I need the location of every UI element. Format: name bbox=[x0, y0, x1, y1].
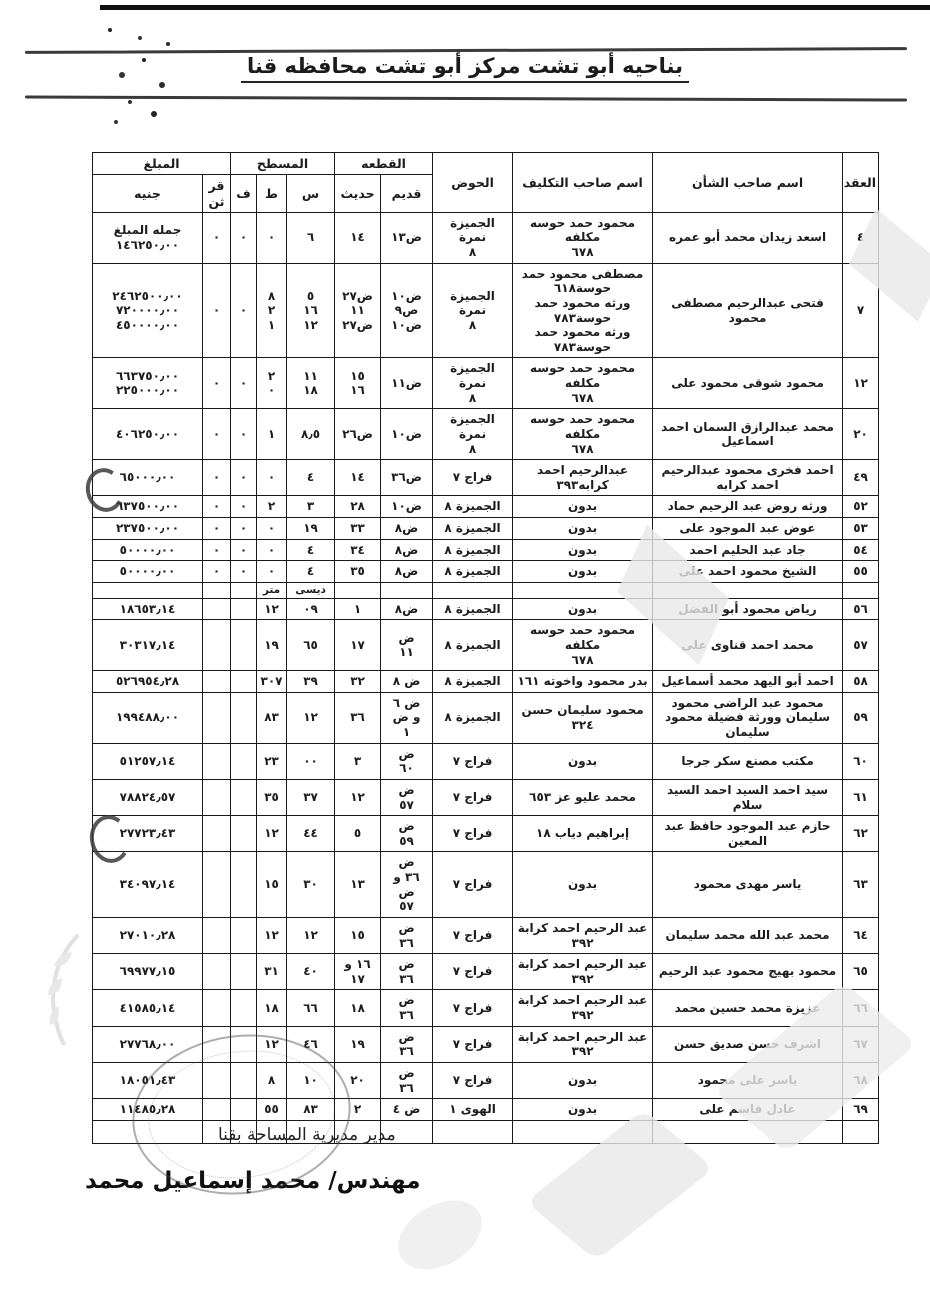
basin-cell: الهوى ١ bbox=[433, 1099, 513, 1121]
plot-old-cell: ض١٠ ص٩ ض١٠ bbox=[381, 263, 433, 358]
area-sahm-cell: ٤٤ bbox=[287, 816, 335, 852]
header-owner: اسم صاحب الشأن bbox=[653, 153, 843, 213]
assignee-name-cell: محمود حمد حوسه مكلفه ٦٧٨ bbox=[513, 620, 653, 671]
assignee-name-cell: عبد الرحيم احمد كرابة ٣٩٢ bbox=[513, 917, 653, 953]
plot-old-cell: ض١٣ bbox=[381, 212, 433, 263]
assignee-name-cell: مصطفى محمود حمد حوسة٦١٨ ورثه محمود حمد ح… bbox=[513, 263, 653, 358]
plot-old-cell: ض ٦٠ bbox=[381, 743, 433, 779]
title-rule-bottom bbox=[25, 95, 907, 101]
owner-name-cell: محمد عبد الله محمد سليمان bbox=[653, 917, 843, 953]
piaster-cell bbox=[203, 990, 231, 1026]
area-qirat-cell: ١٢ bbox=[257, 917, 287, 953]
amount-cell: ٤١٥٨٥٫١٤ bbox=[93, 990, 203, 1026]
amount-cell: ١٨٦٥٣٫١٤ bbox=[93, 598, 203, 620]
plot-old-cell: ض ٣٦ bbox=[381, 990, 433, 1026]
contract-no-cell: ٦٣ bbox=[843, 852, 879, 918]
header-amount-unit: جنيه bbox=[93, 175, 203, 213]
amount-cell: ٦٩٩٧٧٫١٥ bbox=[93, 954, 203, 990]
basin-cell: الجميزة ٨ bbox=[433, 518, 513, 540]
piaster-cell bbox=[203, 917, 231, 953]
table-row: ٦١ سيد احمد السيد احمد السيد سلام محمد ع… bbox=[93, 779, 879, 815]
plot-old-cell: ض٨ bbox=[381, 561, 433, 583]
area-feddan-cell bbox=[231, 816, 257, 852]
contract-no-cell: ٥٥ bbox=[843, 561, 879, 583]
table-row: ٥٧ محمد احمد قناوى على محمود حمد حوسه مك… bbox=[93, 620, 879, 671]
contract-no-cell: ٢٠ bbox=[843, 409, 879, 460]
amount-cell: ١٩٩٤٨٨٫٠٠ bbox=[93, 692, 203, 743]
owner-name-cell: فتحى عبدالرحيم مصطفى محمود bbox=[653, 263, 843, 358]
basin-cell: فراج ٧ bbox=[433, 1026, 513, 1062]
area-sahm-cell: ٤ bbox=[287, 460, 335, 496]
amount-cell: ٥١٢٥٧٫١٤ bbox=[93, 743, 203, 779]
laurel-watermark bbox=[38, 930, 90, 1050]
contract-no-cell: ٦٤ bbox=[843, 917, 879, 953]
piaster-cell bbox=[203, 692, 231, 743]
contract-no-cell: ٦٠ bbox=[843, 743, 879, 779]
contract-no-cell: ٥٢ bbox=[843, 496, 879, 518]
round-stamp-inner bbox=[141, 1040, 342, 1189]
area-qirat-cell: ٠ bbox=[257, 518, 287, 540]
area-qirat-cell: ٨ ٢ ١ bbox=[257, 263, 287, 358]
area-sahm-cell: ٦٦ bbox=[287, 990, 335, 1026]
header-area-sahm: س bbox=[287, 175, 335, 213]
table-row: ٥٤ جاد عبد الحليم احمد بدون الجميزة ٨ ض٨… bbox=[93, 539, 879, 561]
plot-new-cell: ض٢٦ bbox=[335, 409, 381, 460]
basin-cell bbox=[433, 1120, 513, 1143]
plot-new-cell: ض٢٧ ١١ ض٢٧ bbox=[335, 263, 381, 358]
owner-name-cell: حازم عبد الموجود حافظ عبد المعين bbox=[653, 816, 843, 852]
plot-old-cell: ض ٥٩ bbox=[381, 816, 433, 852]
amount-cell bbox=[93, 582, 203, 598]
assignee-name-cell: محمود حمد حوسه مكلفه ٦٧٨ bbox=[513, 358, 653, 409]
basin-cell: فراج ٧ bbox=[433, 743, 513, 779]
plot-old-cell: ض ٨ bbox=[381, 671, 433, 693]
basin-cell: الجميزة ٨ bbox=[433, 496, 513, 518]
scan-speckles bbox=[108, 28, 112, 32]
header-assignee: اسم صاحب التكليف bbox=[513, 153, 653, 213]
area-qirat-cell: ١٨ bbox=[257, 990, 287, 1026]
table-row: ٥٨ احمد أبو اليهد محمد أسماعيل بدر محمود… bbox=[93, 671, 879, 693]
assignee-name-cell: إبراهيم دياب ١٨ bbox=[513, 816, 653, 852]
area-qirat-cell: ٢٣ bbox=[257, 743, 287, 779]
area-feddan-cell bbox=[231, 582, 257, 598]
basin-cell: الجميزة نمرة ٨ bbox=[433, 358, 513, 409]
area-sahm-cell: ٣٩ bbox=[287, 671, 335, 693]
basin-cell: الجميزة ٨ bbox=[433, 598, 513, 620]
assignee-name-cell: محمود حمد حوسه مكلفه ٦٧٨ bbox=[513, 409, 653, 460]
piaster-cell bbox=[203, 598, 231, 620]
piaster-cell bbox=[203, 620, 231, 671]
basin-cell: الجميزة نمرة ٨ bbox=[433, 212, 513, 263]
area-qirat-cell: متر bbox=[257, 582, 287, 598]
plot-old-cell: ض ٣٦ bbox=[381, 954, 433, 990]
owner-name-cell: محمود شوقى محمود على bbox=[653, 358, 843, 409]
scanned-document-page: بناحيه أبو تشت مركز أبو تشت محافظه قنا ا… bbox=[0, 0, 930, 1296]
area-sahm-cell: ٤٠ bbox=[287, 954, 335, 990]
area-sahm-cell: ١٢ bbox=[287, 917, 335, 953]
owner-name-cell: مكتب مصنع سكر جرجا bbox=[653, 743, 843, 779]
assignee-name-cell: عبد الرحيم احمد كرابة ٣٩٢ bbox=[513, 954, 653, 990]
table-row: ٦٥ محمود بهيج محمود عبد الرحيم عبد الرحي… bbox=[93, 954, 879, 990]
contract-no-cell: ٦٢ bbox=[843, 816, 879, 852]
plot-new-cell: ٣٤ bbox=[335, 539, 381, 561]
amount-cell: ٢٣٧٥٠٠٫٠٠ bbox=[93, 518, 203, 540]
contract-no-cell: ٥٣ bbox=[843, 518, 879, 540]
plot-old-cell bbox=[381, 582, 433, 598]
area-sahm-cell: ٦ bbox=[287, 212, 335, 263]
assignee-name-cell: بدر محمود واخوته ١٦١ bbox=[513, 671, 653, 693]
plot-old-cell: ض ٥٧ bbox=[381, 779, 433, 815]
area-sahm-cell: ١٢ bbox=[287, 692, 335, 743]
area-qirat-cell: ١٩ bbox=[257, 620, 287, 671]
plot-new-cell bbox=[335, 582, 381, 598]
area-sahm-cell: ٥ ١٦ ١٢ bbox=[287, 263, 335, 358]
area-feddan-cell bbox=[231, 620, 257, 671]
plot-new-cell: ٣٥ bbox=[335, 561, 381, 583]
table-row: ٥٢ ورثه روض عبد الرحيم حماد بدون الجميزة… bbox=[93, 496, 879, 518]
amount-cell: جمله المبلغ ١٤٦٢٥٠٫٠٠ bbox=[93, 212, 203, 263]
area-sahm-cell: ديسى bbox=[287, 582, 335, 598]
area-feddan-cell: ٠ bbox=[231, 212, 257, 263]
basin-cell: فراج ٧ bbox=[433, 917, 513, 953]
plot-new-cell: ١٧ bbox=[335, 620, 381, 671]
table-row: ٦٢ حازم عبد الموجود حافظ عبد المعين إبرا… bbox=[93, 816, 879, 852]
basin-cell: الجميزة ٨ bbox=[433, 539, 513, 561]
plot-old-cell: ض ٣٦ bbox=[381, 917, 433, 953]
basin-cell: فراج ٧ bbox=[433, 779, 513, 815]
plot-new-cell: ١٥ ١٦ bbox=[335, 358, 381, 409]
assignee-name-cell: محمود سليمان حسن ٣٢٤ bbox=[513, 692, 653, 743]
contract-no-cell: ٦٩ bbox=[843, 1099, 879, 1121]
area-feddan-cell: ٠ bbox=[231, 518, 257, 540]
contract-no-cell: ١٢ bbox=[843, 358, 879, 409]
piaster-cell: ٠ bbox=[203, 409, 231, 460]
amount-cell: ٢٧٠١٠٫٢٨ bbox=[93, 917, 203, 953]
plot-old-cell: ض٨ bbox=[381, 539, 433, 561]
amount-cell: ٥٠٠٠٠٫٠٠ bbox=[93, 539, 203, 561]
top-scan-bar bbox=[100, 5, 930, 10]
owner-name-cell: ورثه روض عبد الرحيم حماد bbox=[653, 496, 843, 518]
header-area-feddan: ف bbox=[231, 175, 257, 213]
table-row: ديسى متر bbox=[93, 582, 879, 598]
plot-new-cell: ٢٨ bbox=[335, 496, 381, 518]
assignee-name-cell: عبد الرحيم احمد كرابة ٣٩٢ bbox=[513, 990, 653, 1026]
table-row: ٤٩ احمد فخرى محمود عبدالرحيم احمد كرابه … bbox=[93, 460, 879, 496]
plot-old-cell: ض ١١ bbox=[381, 620, 433, 671]
area-sahm-cell: ٨٫٥ bbox=[287, 409, 335, 460]
plot-new-cell: ٣٣ bbox=[335, 518, 381, 540]
area-feddan-cell: ٠ bbox=[231, 561, 257, 583]
basin-cell: فراج ٧ bbox=[433, 460, 513, 496]
piaster-cell bbox=[203, 671, 231, 693]
plot-old-cell: ض ٦ و ض ١ bbox=[381, 692, 433, 743]
plot-old-cell: ض١١ bbox=[381, 358, 433, 409]
owner-name-cell: احمد أبو اليهد محمد أسماعيل bbox=[653, 671, 843, 693]
basin-cell: الجميزة ٨ bbox=[433, 671, 513, 693]
plot-old-cell: ض٣٦ bbox=[381, 460, 433, 496]
owner-name-cell: سيد احمد السيد احمد السيد سلام bbox=[653, 779, 843, 815]
area-qirat-cell: ٣٠٧ bbox=[257, 671, 287, 693]
owner-name-cell: محمود عبد الراضى محمود سليمان وورثة فضيل… bbox=[653, 692, 843, 743]
area-feddan-cell: ٠ bbox=[231, 496, 257, 518]
table-row: ٥٦ رياض محمود أبو الفضل بدون الجميزة ٨ ض… bbox=[93, 598, 879, 620]
plot-new-cell: ١٨ bbox=[335, 990, 381, 1026]
contract-no-cell: ٥٨ bbox=[843, 671, 879, 693]
area-qirat-cell: ١٢ bbox=[257, 598, 287, 620]
piaster-cell bbox=[203, 816, 231, 852]
basin-cell: فراج ٧ bbox=[433, 852, 513, 918]
area-feddan-cell: ٠ bbox=[231, 539, 257, 561]
area-qirat-cell: ٢ ٠ bbox=[257, 358, 287, 409]
amount-cell: ٧٨٨٢٤٫٥٧ bbox=[93, 779, 203, 815]
area-feddan-cell bbox=[231, 671, 257, 693]
area-sahm-cell: ٣٧ bbox=[287, 779, 335, 815]
plot-new-cell: ١ bbox=[335, 598, 381, 620]
header-plot-group: القطعه bbox=[335, 153, 433, 175]
table-row: ٦٤ محمد عبد الله محمد سليمان عبد الرحيم … bbox=[93, 917, 879, 953]
area-sahm-cell: ٤ bbox=[287, 539, 335, 561]
assignee-name-cell: محمد عليو عز ٦٥٣ bbox=[513, 779, 653, 815]
area-qirat-cell: ١ bbox=[257, 409, 287, 460]
area-qirat-cell: ١٥ bbox=[257, 852, 287, 918]
area-sahm-cell: ٠٩ bbox=[287, 598, 335, 620]
plot-new-cell: ١٦ و ١٧ bbox=[335, 954, 381, 990]
table-row: ٧ فتحى عبدالرحيم مصطفى محمود مصطفى محمود… bbox=[93, 263, 879, 358]
plot-new-cell: ٣٢ bbox=[335, 671, 381, 693]
area-qirat-cell: ٨٣ bbox=[257, 692, 287, 743]
header-piaster: قر ثن bbox=[203, 175, 231, 213]
survey-table: العقد اسم صاحب الشأن اسم صاحب التكليف ال… bbox=[92, 152, 879, 1144]
piaster-cell bbox=[203, 582, 231, 598]
header-area-group: المسطح bbox=[231, 153, 335, 175]
area-qirat-cell: ٠ bbox=[257, 561, 287, 583]
plot-old-cell: ض ٤ bbox=[381, 1099, 433, 1121]
area-sahm-cell: ١١ ١٨ bbox=[287, 358, 335, 409]
basin-cell: الجميزة ٨ bbox=[433, 561, 513, 583]
area-feddan-cell: ٠ bbox=[231, 263, 257, 358]
amount-cell: ٦٦٣٧٥٠٫٠٠ ٢٢٥٠٠٠٫٠٠ bbox=[93, 358, 203, 409]
header-plot-new: حديث bbox=[335, 175, 381, 213]
area-feddan-cell bbox=[231, 917, 257, 953]
owner-name-cell: عوض عبد الموجود على bbox=[653, 518, 843, 540]
piaster-cell: ٠ bbox=[203, 518, 231, 540]
contract-no-cell: ٥٤ bbox=[843, 539, 879, 561]
plot-new-cell: ١٤ bbox=[335, 212, 381, 263]
header-plot-old: قديم bbox=[381, 175, 433, 213]
basin-cell: فراج ٧ bbox=[433, 990, 513, 1026]
plot-old-cell: ض١٠ bbox=[381, 409, 433, 460]
area-sahm-cell: ٤ bbox=[287, 561, 335, 583]
amount-cell: ٤٠٦٢٥٠٫٠٠ bbox=[93, 409, 203, 460]
contract-no-cell: ٥٦ bbox=[843, 598, 879, 620]
page-title-text: بناحيه أبو تشت مركز أبو تشت محافظه قنا bbox=[241, 54, 689, 83]
header-area-qirat: ط bbox=[257, 175, 287, 213]
plot-new-cell: ١٥ bbox=[335, 917, 381, 953]
plot-new-cell: ٣ bbox=[335, 743, 381, 779]
table-row: ٦٠ مكتب مصنع سكر جرجا بدون فراج ٧ ض ٦٠ ٣… bbox=[93, 743, 879, 779]
assignee-name-cell: بدون bbox=[513, 1099, 653, 1121]
area-qirat-cell: ١٢ bbox=[257, 816, 287, 852]
piaster-cell: ٠ bbox=[203, 263, 231, 358]
plot-new-cell: ١٣ bbox=[335, 852, 381, 918]
area-feddan-cell bbox=[231, 779, 257, 815]
plot-old-cell: ض ٣٦ و ض ٥٧ bbox=[381, 852, 433, 918]
area-feddan-cell bbox=[231, 852, 257, 918]
area-feddan-cell bbox=[231, 692, 257, 743]
assignee-name-cell: بدون bbox=[513, 1062, 653, 1098]
plot-old-cell: ض ٣٦ bbox=[381, 1062, 433, 1098]
basin-cell: الجميزة ٨ bbox=[433, 620, 513, 671]
basin-cell: فراج ٧ bbox=[433, 1062, 513, 1098]
plot-old-cell: ض٨ bbox=[381, 518, 433, 540]
area-qirat-cell: ٣١ bbox=[257, 954, 287, 990]
area-feddan-cell: ٠ bbox=[231, 460, 257, 496]
watermark-shape bbox=[386, 1187, 494, 1284]
plot-old-cell: ض٨ bbox=[381, 598, 433, 620]
area-sahm-cell: ٣ bbox=[287, 496, 335, 518]
piaster-cell: ٠ bbox=[203, 460, 231, 496]
table-row: ٤ اسعد زيدان محمد أبو عمره محمود حمد حوس… bbox=[93, 212, 879, 263]
owner-name-cell: احمد فخرى محمود عبدالرحيم احمد كرابه bbox=[653, 460, 843, 496]
contract-no-cell bbox=[843, 1120, 879, 1143]
piaster-cell bbox=[203, 852, 231, 918]
area-qirat-cell: ٠ bbox=[257, 212, 287, 263]
table-row: ٦٣ ياسر مهدى محمود بدون فراج ٧ ض ٣٦ و ض … bbox=[93, 852, 879, 918]
amount-cell: ٥٠٠٠٠٫٠٠ bbox=[93, 561, 203, 583]
contract-no-cell: ٦١ bbox=[843, 779, 879, 815]
piaster-cell bbox=[203, 954, 231, 990]
table-row: ٢٠ محمد عبدالرازق السمان احمد اسماعيل مح… bbox=[93, 409, 879, 460]
area-feddan-cell: ٠ bbox=[231, 409, 257, 460]
area-feddan-cell bbox=[231, 743, 257, 779]
plot-old-cell: ض ٣٦ bbox=[381, 1026, 433, 1062]
area-sahm-cell: ٠٠ bbox=[287, 743, 335, 779]
assignee-name-cell: عبد الرحيم احمد كرابة ٣٩٢ bbox=[513, 1026, 653, 1062]
assignee-name-cell: عبدالرحيم احمد كرابه٣٩٣ bbox=[513, 460, 653, 496]
amount-cell: ٣٠٣١٧٫١٤ bbox=[93, 620, 203, 671]
basin-cell: فراج ٧ bbox=[433, 954, 513, 990]
table-row: ٦٦ عزيزة محمد حسين محمد عبد الرحيم احمد … bbox=[93, 990, 879, 1026]
basin-cell: الجميزة نمرة ٨ bbox=[433, 409, 513, 460]
plot-new-cell: ١٤ bbox=[335, 460, 381, 496]
header-basin: الحوض bbox=[433, 153, 513, 213]
contract-no-cell: ٤٩ bbox=[843, 460, 879, 496]
table-row: ٥٣ عوض عبد الموجود على بدون الجميزة ٨ ض٨… bbox=[93, 518, 879, 540]
area-sahm-cell: ٣٠ bbox=[287, 852, 335, 918]
header-amount-group: المبلغ bbox=[93, 153, 231, 175]
area-feddan-cell bbox=[231, 954, 257, 990]
table-header: العقد اسم صاحب الشأن اسم صاحب التكليف ال… bbox=[93, 153, 879, 213]
area-feddan-cell bbox=[231, 598, 257, 620]
piaster-cell: ٠ bbox=[203, 212, 231, 263]
piaster-cell: ٠ bbox=[203, 561, 231, 583]
area-sahm-cell: ٦٥ bbox=[287, 620, 335, 671]
page-title: بناحيه أبو تشت مركز أبو تشت محافظه قنا bbox=[0, 54, 930, 83]
basin-cell: فراج ٧ bbox=[433, 816, 513, 852]
assignee-name-cell: محمود حمد حوسه مكلفه ٦٧٨ bbox=[513, 212, 653, 263]
piaster-cell: ٠ bbox=[203, 539, 231, 561]
area-qirat-cell: ٢ bbox=[257, 496, 287, 518]
owner-name-cell: اسعد زيدان محمد أبو عمره bbox=[653, 212, 843, 263]
assignee-name-cell: بدون bbox=[513, 518, 653, 540]
area-qirat-cell: ٠ bbox=[257, 539, 287, 561]
header-contract: العقد bbox=[843, 153, 879, 213]
plot-new-cell: ١٢ bbox=[335, 779, 381, 815]
piaster-cell bbox=[203, 779, 231, 815]
contract-no-cell: ٥٩ bbox=[843, 692, 879, 743]
title-rule-top bbox=[25, 47, 907, 54]
plot-new-cell: ٥ bbox=[335, 816, 381, 852]
plot-new-cell: ٣٦ bbox=[335, 692, 381, 743]
amount-cell: ٥٢٦٩٥٤٫٢٨ bbox=[93, 671, 203, 693]
piaster-cell bbox=[203, 743, 231, 779]
table-row: ١٢ محمود شوقى محمود على محمود حمد حوسه م… bbox=[93, 358, 879, 409]
plot-old-cell: ض١٠ bbox=[381, 496, 433, 518]
owner-name-cell: محمد عبدالرازق السمان احمد اسماعيل bbox=[653, 409, 843, 460]
basin-cell: الجميزة نمرة ٨ bbox=[433, 263, 513, 358]
table-row: ٥٥ الشيخ محمود احمد على بدون الجميزة ٨ ض… bbox=[93, 561, 879, 583]
area-feddan-cell bbox=[231, 990, 257, 1026]
area-qirat-cell: ٠ bbox=[257, 460, 287, 496]
amount-cell: ٢٤٦٢٥٠٠٫٠٠ ٧٢٠٠٠٠٫٠٠ ٤٥٠٠٠٠٫٠٠ bbox=[93, 263, 203, 358]
basin-cell: الجميزة ٨ bbox=[433, 692, 513, 743]
contract-no-cell: ٥٧ bbox=[843, 620, 879, 671]
assignee-name-cell: بدون bbox=[513, 496, 653, 518]
piaster-cell: ٠ bbox=[203, 496, 231, 518]
basin-cell bbox=[433, 582, 513, 598]
contract-no-cell bbox=[843, 582, 879, 598]
area-sahm-cell: ١٩ bbox=[287, 518, 335, 540]
table-body: ٤ اسعد زيدان محمد أبو عمره محمود حمد حوس… bbox=[93, 212, 879, 1143]
table-row: ٥٩ محمود عبد الراضى محمود سليمان وورثة ف… bbox=[93, 692, 879, 743]
owner-name-cell: ياسر مهدى محمود bbox=[653, 852, 843, 918]
contract-no-cell: ٦٥ bbox=[843, 954, 879, 990]
area-qirat-cell: ٣٥ bbox=[257, 779, 287, 815]
assignee-name-cell: بدون bbox=[513, 852, 653, 918]
plot-new-cell: ١٩ bbox=[335, 1026, 381, 1062]
assignee-name-cell: بدون bbox=[513, 743, 653, 779]
owner-name-cell: محمود بهيج محمود عبد الرحيم bbox=[653, 954, 843, 990]
piaster-cell: ٠ bbox=[203, 358, 231, 409]
area-feddan-cell: ٠ bbox=[231, 358, 257, 409]
